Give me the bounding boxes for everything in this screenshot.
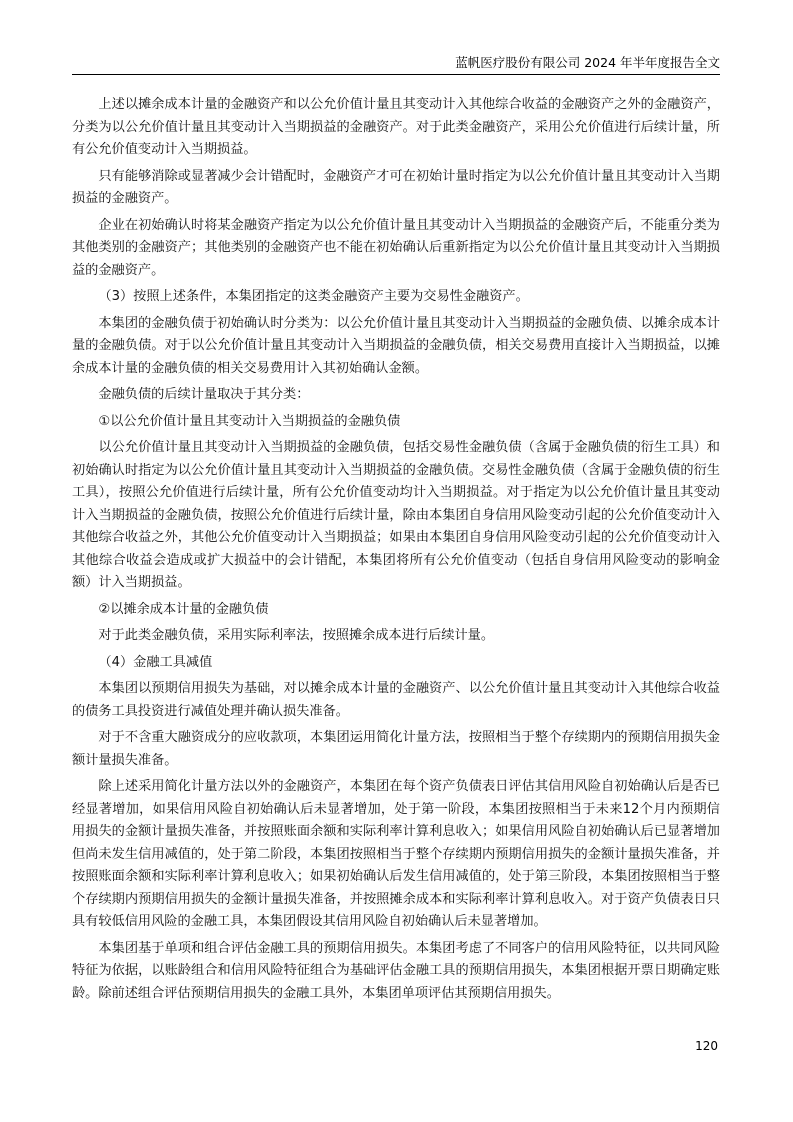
- paragraph-simplified-approach: 对于不含重大融资成分的应收款项，本集团运用简化计量方法，按照相当于整个存续期内的…: [72, 727, 720, 772]
- paragraph-liability-classification: 本集团的金融负债于初始确认时分类为：以公允价值计量且其变动计入当期损益的金融负债…: [72, 313, 720, 381]
- paragraph-reclassification: 企业在初始确认时将某金融资产指定为以公允价值计量且其变动计入当期损益的金融资产后…: [72, 215, 720, 283]
- page-header: 蓝帆医疗股份有限公司 2024 年半年度报告全文: [72, 53, 720, 75]
- subheading-amortized-liabilities: ②以摊余成本计量的金融负债: [72, 599, 720, 622]
- section-heading-4: （4）金融工具减值: [72, 652, 720, 675]
- paragraph-designation-condition: 只有能够消除或显著减少会计错配时，金融资产才可在初始计量时指定为以公允价值计量且…: [72, 166, 720, 211]
- document-body: 上述以摊余成本计量的金融资产和以公允价值计量且其变动计入其他综合收益的金融资产之…: [72, 94, 720, 1009]
- paragraph-individual-collective: 本集团基于单项和组合评估金融工具的预期信用损失。本集团考虑了不同客户的信用风险特…: [72, 938, 720, 1006]
- paragraph-impairment-basis: 本集团以预期信用损失为基础，对以摊余成本计量的金融资产、以公允价值计量且其变动计…: [72, 678, 720, 723]
- paragraph-fvtpl-assets: 上述以摊余成本计量的金融资产和以公允价值计量且其变动计入其他综合收益的金融资产之…: [72, 94, 720, 162]
- page-number: 120: [695, 1038, 718, 1054]
- paragraph-amortized-liabilities: 对于此类金融负债，采用实际利率法，按照摊余成本进行后续计量。: [72, 625, 720, 648]
- paragraph-three-stages: 除上述采用简化计量方法以外的金融资产，本集团在每个资产负债表日评估其信用风险自初…: [72, 776, 720, 934]
- subheading-fvtpl-liabilities: ①以公允价值计量且其变动计入当期损益的金融负债: [72, 411, 720, 434]
- document-title: 蓝帆医疗股份有限公司 2024 年半年度报告全文: [455, 55, 720, 70]
- paragraph-liability-subsequent: 金融负债的后续计量取决于其分类：: [72, 384, 720, 407]
- paragraph-fvtpl-liabilities: 以公允价值计量且其变动计入当期损益的金融负债，包括交易性金融负债（含属于金融负债…: [72, 437, 720, 595]
- section-heading-3: （3）按照上述条件，本集团指定的这类金融资产主要为交易性金融资产。: [72, 286, 720, 309]
